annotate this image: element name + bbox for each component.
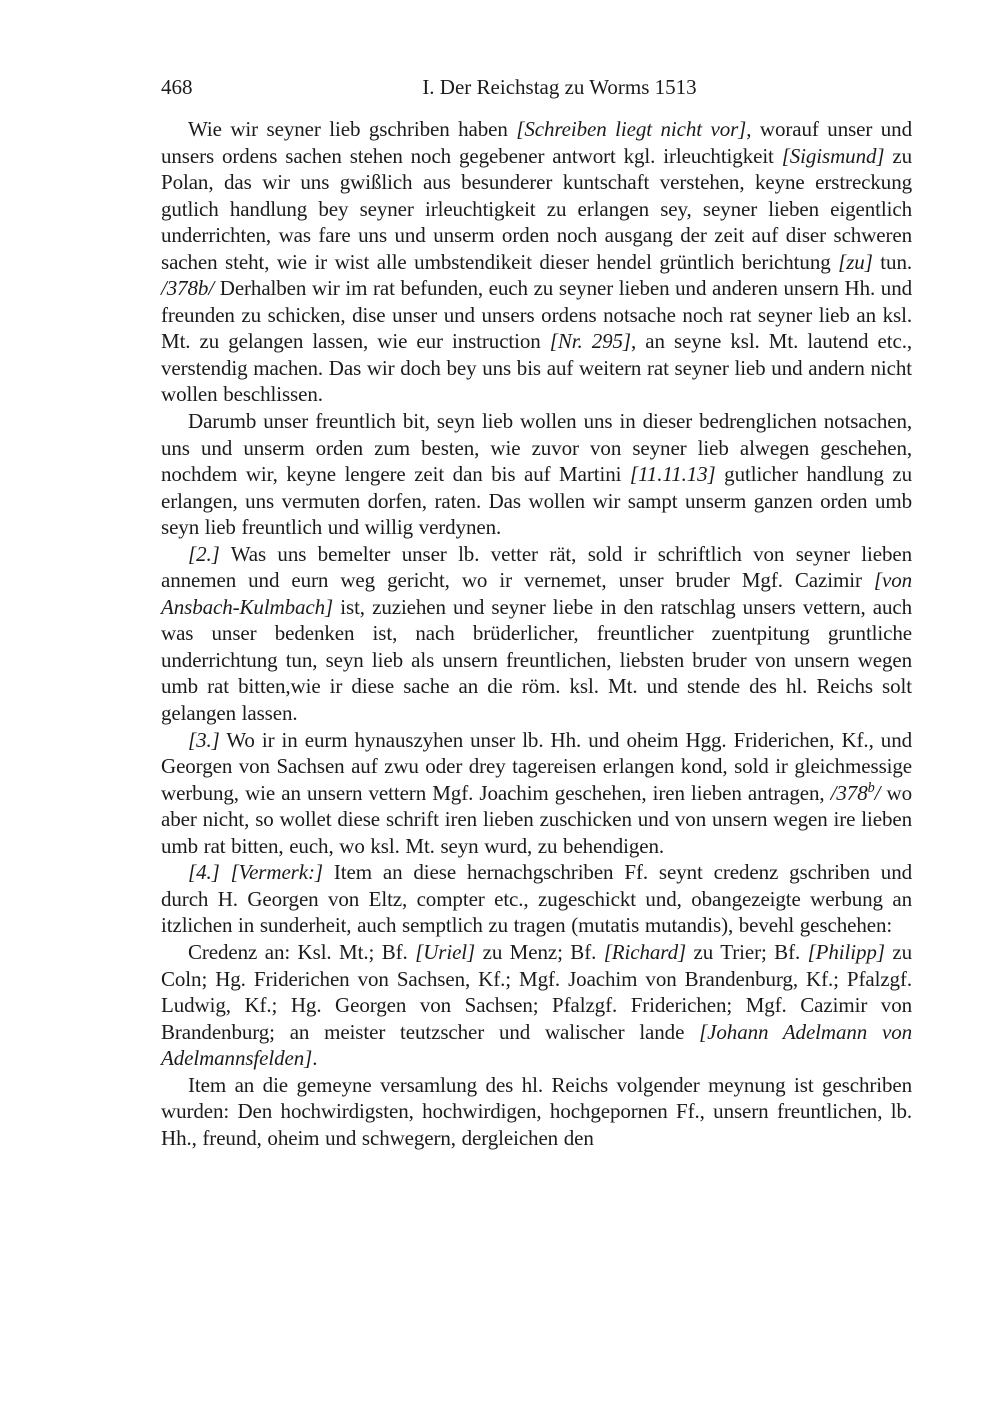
- editorial-note-text: [Richard]: [604, 940, 686, 964]
- running-header: I. Der Reichstag zu Worms 1513: [161, 74, 912, 101]
- paragraph: [4.] [Vermerk:] Item an diese hernachgsc…: [161, 859, 912, 939]
- editorial-note-text: /378b/: [161, 276, 214, 300]
- editorial-note-text: [3.]: [188, 728, 220, 752]
- body-run: zu Menz; Bf.: [475, 940, 604, 964]
- paragraph: Darumb unser freuntlich bit, seyn lieb w…: [161, 408, 912, 541]
- editorial-note-text: [2.]: [188, 542, 220, 566]
- paragraph: Credenz an: Ksl. Mt.; Bf. [Uriel] zu Men…: [161, 939, 912, 1072]
- body-text: Wie wir seyner lieb gschriben haben [Sch…: [161, 116, 912, 1151]
- body-run: tun.: [873, 250, 912, 274]
- paragraph: [3.] Wo ir in eurm hynauszyhen unser lb.…: [161, 727, 912, 860]
- body-run: zu Trier; Bf.: [686, 940, 808, 964]
- body-run: Credenz an: Ksl. Mt.; Bf.: [188, 940, 415, 964]
- paragraph: Item an die gemeyne versamlung des hl. R…: [161, 1072, 912, 1152]
- paragraph: [2.] Was uns bemelter unser lb. vetter r…: [161, 541, 912, 727]
- editorial-note-text: [Nr. 295]: [550, 329, 631, 353]
- editorial-note-text: [Schreiben liegt nicht vor]: [516, 117, 746, 141]
- body-run: .: [312, 1046, 317, 1070]
- paragraph: Wie wir seyner lieb gschriben haben [Sch…: [161, 116, 912, 408]
- editorial-note-text: [11.11.13]: [630, 462, 716, 486]
- editorial-note-text: /378: [831, 781, 868, 805]
- editorial-note-text: [Uriel]: [415, 940, 475, 964]
- body-run: Item an die gemeyne versamlung des hl. R…: [161, 1073, 912, 1150]
- editorial-note-text: [Sigismund]: [782, 144, 885, 168]
- editorial-note-text: [zu]: [838, 250, 873, 274]
- body-run: Was uns bemelter unser lb. vetter rät, s…: [161, 542, 912, 593]
- text-block: 468 I. Der Reichstag zu Worms 1513 Wie w…: [161, 74, 912, 1151]
- editorial-note-text: [4.] [Vermerk:]: [188, 860, 323, 884]
- book-page: 468 I. Der Reichstag zu Worms 1513 Wie w…: [0, 0, 1004, 1418]
- editorial-note-text: b: [868, 780, 875, 796]
- body-run: Wie wir seyner lieb gschriben haben: [188, 117, 516, 141]
- editorial-note-text: [Philipp]: [808, 940, 885, 964]
- body-run: Wo ir in eurm hynauszyhen unser lb. Hh. …: [161, 728, 912, 805]
- page-number: 468: [161, 74, 193, 101]
- page-header: 468 I. Der Reichstag zu Worms 1513: [161, 74, 912, 101]
